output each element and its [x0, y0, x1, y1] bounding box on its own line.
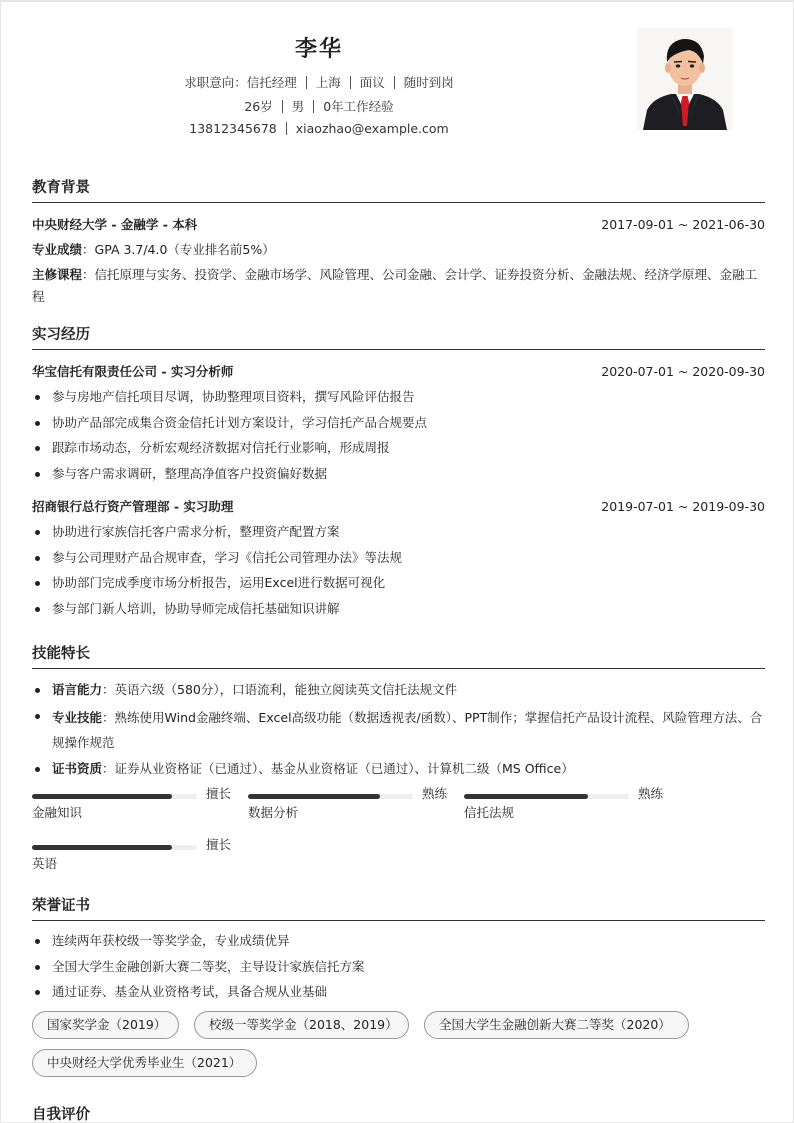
list-item: 证书资质：证券从业资格证（已通过）、基金从业资格证（已通过）、计算机二级（MS … — [32, 756, 765, 782]
skill-track — [32, 794, 197, 799]
internship-date: 2019-07-01 ~ 2019-09-30 — [601, 494, 765, 519]
internship-duties: 协助进行家族信托客户需求分析，整理资产配置方案 参与公司理财产品合规审查，学习《… — [32, 519, 765, 621]
skill-track — [248, 794, 413, 799]
skill-bar: 熟练 数据分析 — [248, 785, 453, 825]
divider — [350, 76, 351, 89]
divider — [282, 100, 283, 113]
internship-section: 实习经历 华宝信托有限责任公司 - 实习分析师 2020-07-01 ~ 202… — [32, 323, 765, 621]
skill-fill — [32, 794, 172, 799]
skill-track — [464, 794, 629, 799]
email[interactable]: xiaozhao@example.com — [296, 121, 449, 136]
skill-text: ：证券从业资格证（已通过）、基金从业资格证（已通过）、计算机二级（MS Offi… — [102, 761, 574, 776]
courses-row: 主修课程：信托原理与实务、投资学、金融市场学、风险管理、公司金融、会计学、证券投… — [32, 262, 765, 308]
skill-level: 擅长 — [206, 785, 231, 803]
avatar — [637, 28, 733, 130]
section-title: 实习经历 — [32, 323, 765, 350]
skill-name: 英语 — [32, 855, 57, 873]
skill-bar: 擅长 英语 — [32, 836, 237, 876]
divider — [313, 100, 314, 113]
section-title: 自我评价 — [32, 1103, 765, 1123]
divider — [286, 122, 287, 135]
list-item: 参与部门新人培训，协助导师完成信托基础知识讲解 — [32, 596, 765, 622]
resume-header: 李华 求职意向：信托经理上海面议随时到岗 26岁男0年工作经验 13812345… — [1, 2, 794, 152]
education-heading-row: 中央财经大学 - 金融学 - 本科 2017-09-01 ~ 2021-06-3… — [32, 212, 765, 237]
internship-duties: 参与房地产信托项目尽调，协助整理项目资料，撰写风险评估报告 协助产品部完成集合资… — [32, 384, 765, 486]
skill-level: 熟练 — [638, 785, 663, 803]
resume-page: 李华 求职意向：信托经理上海面议随时到岗 26岁男0年工作经验 13812345… — [0, 0, 794, 1123]
skill-name: 数据分析 — [248, 804, 298, 822]
skill-label: 专业技能 — [52, 710, 102, 725]
list-item: 语言能力：英语六级（580分），口语流利，能独立阅读英文信托法规文件 — [32, 677, 765, 703]
education-section: 教育背景 中央财经大学 - 金融学 - 本科 2017-09-01 ~ 2021… — [32, 176, 765, 308]
skill-bar: 熟练 信托法规 — [464, 785, 669, 825]
skill-level: 熟练 — [422, 785, 447, 803]
skill-label: 证书资质 — [52, 761, 102, 776]
skill-text: ：英语六级（580分），口语流利，能独立阅读英文信托法规文件 — [102, 682, 457, 697]
section-title: 荣誉证书 — [32, 894, 765, 921]
skill-name: 信托法规 — [464, 804, 514, 822]
section-title: 教育背景 — [32, 176, 765, 203]
list-item: 参与客户需求调研，整理高净值客户投资偏好数据 — [32, 461, 765, 487]
list-item: 协助进行家族信托客户需求分析，整理资产配置方案 — [32, 519, 765, 545]
skill-level: 擅长 — [206, 836, 231, 854]
gpa-row: 专业成绩：GPA 3.7/4.0（专业排名前5%） — [32, 237, 765, 262]
phone: 13812345678 — [189, 121, 276, 136]
salary: 面议 — [360, 75, 385, 90]
age: 26岁 — [244, 99, 272, 114]
education-heading: 中央财经大学 - 金融学 - 本科 — [32, 217, 197, 232]
education-date: 2017-09-01 ~ 2021-06-30 — [601, 212, 765, 237]
internship-date: 2020-07-01 ~ 2020-09-30 — [601, 359, 765, 384]
skill-fill — [32, 845, 172, 850]
list-item: 专业技能：熟练使用Wind金融终端、Excel高级功能（数据透视表/函数）、PP… — [32, 703, 765, 756]
divider — [306, 76, 307, 89]
courses-value: ：信托原理与实务、投资学、金融市场学、风险管理、公司金融、会计学、证券投资分析、… — [32, 267, 757, 304]
skill-track — [32, 845, 197, 850]
location: 上海 — [316, 75, 341, 90]
internship-heading: 招商银行总行资产管理部 - 实习助理 — [32, 499, 233, 514]
candidate-name: 李华 — [1, 32, 637, 63]
honor-tag: 校级一等奖学金（2018、2019） — [194, 1011, 409, 1039]
skill-label: 语言能力 — [52, 682, 102, 697]
personal-info-line: 26岁男0年工作经验 — [1, 97, 637, 115]
experience: 0年工作经验 — [323, 99, 393, 114]
availability: 随时到岗 — [404, 75, 454, 90]
skill-bar: 擅长 金融知识 — [32, 785, 237, 825]
skill-fill — [248, 794, 380, 799]
internship-heading-row: 华宝信托有限责任公司 - 实习分析师 2020-07-01 ~ 2020-09-… — [32, 359, 765, 384]
honors-section: 荣誉证书 连续两年获校级一等奖学金，专业成绩优异 全国大学生金融创新大赛二等奖，… — [32, 894, 765, 1005]
avatar-portrait-icon — [637, 28, 733, 130]
list-item: 协助产品部完成集合资金信托计划方案设计，学习信托产品合规要点 — [32, 410, 765, 436]
list-item: 全国大学生金融创新大赛二等奖，主导设计家族信托方案 — [32, 954, 765, 980]
list-item: 连续两年获校级一等奖学金，专业成绩优异 — [32, 928, 765, 954]
list-item: 协助部门完成季度市场分析报告，运用Excel进行数据可视化 — [32, 570, 765, 596]
gpa-label: 专业成绩 — [32, 242, 82, 257]
courses-label: 主修课程 — [32, 267, 82, 282]
honor-tag: 全国大学生金融创新大赛二等奖（2020） — [424, 1011, 689, 1039]
honor-tag: 国家奖学金（2019） — [32, 1011, 179, 1039]
self-eval-section: 自我评价 — [32, 1103, 765, 1123]
internship-heading-row: 招商银行总行资产管理部 - 实习助理 2019-07-01 ~ 2019-09-… — [32, 494, 765, 519]
section-title: 技能特长 — [32, 642, 765, 669]
job-intent: 求职意向：信托经理 — [184, 75, 297, 90]
gpa-value: ：GPA 3.7/4.0（专业排名前5%） — [82, 242, 275, 257]
gender: 男 — [292, 99, 305, 114]
skill-fill — [464, 794, 588, 799]
divider — [394, 76, 395, 89]
internship-heading: 华宝信托有限责任公司 - 实习分析师 — [32, 364, 233, 379]
honors-list: 连续两年获校级一等奖学金，专业成绩优异 全国大学生金融创新大赛二等奖，主导设计家… — [32, 928, 765, 1005]
list-item: 参与公司理财产品合规审查，学习《信托公司管理办法》等法规 — [32, 545, 765, 571]
list-item: 通过证券、基金从业资格考试，具备合规从业基础 — [32, 979, 765, 1005]
list-item: 跟踪市场动态，分析宏观经济数据对信托行业影响，形成周报 — [32, 435, 765, 461]
honor-tag: 中央财经大学优秀毕业生（2021） — [32, 1049, 257, 1077]
skills-section: 技能特长 语言能力：英语六级（580分），口语流利，能独立阅读英文信托法规文件 … — [32, 642, 765, 781]
contact-line: 13812345678xiaozhao@example.com — [1, 121, 637, 136]
skill-text: ：熟练使用Wind金融终端、Excel高级功能（数据透视表/函数）、PPT制作；… — [52, 710, 762, 751]
job-intent-line: 求职意向：信托经理上海面议随时到岗 — [1, 73, 637, 91]
list-item: 参与房地产信托项目尽调，协助整理项目资料，撰写风险评估报告 — [32, 384, 765, 410]
skills-list: 语言能力：英语六级（580分），口语流利，能独立阅读英文信托法规文件 专业技能：… — [32, 677, 765, 781]
skill-name: 金融知识 — [32, 804, 82, 822]
